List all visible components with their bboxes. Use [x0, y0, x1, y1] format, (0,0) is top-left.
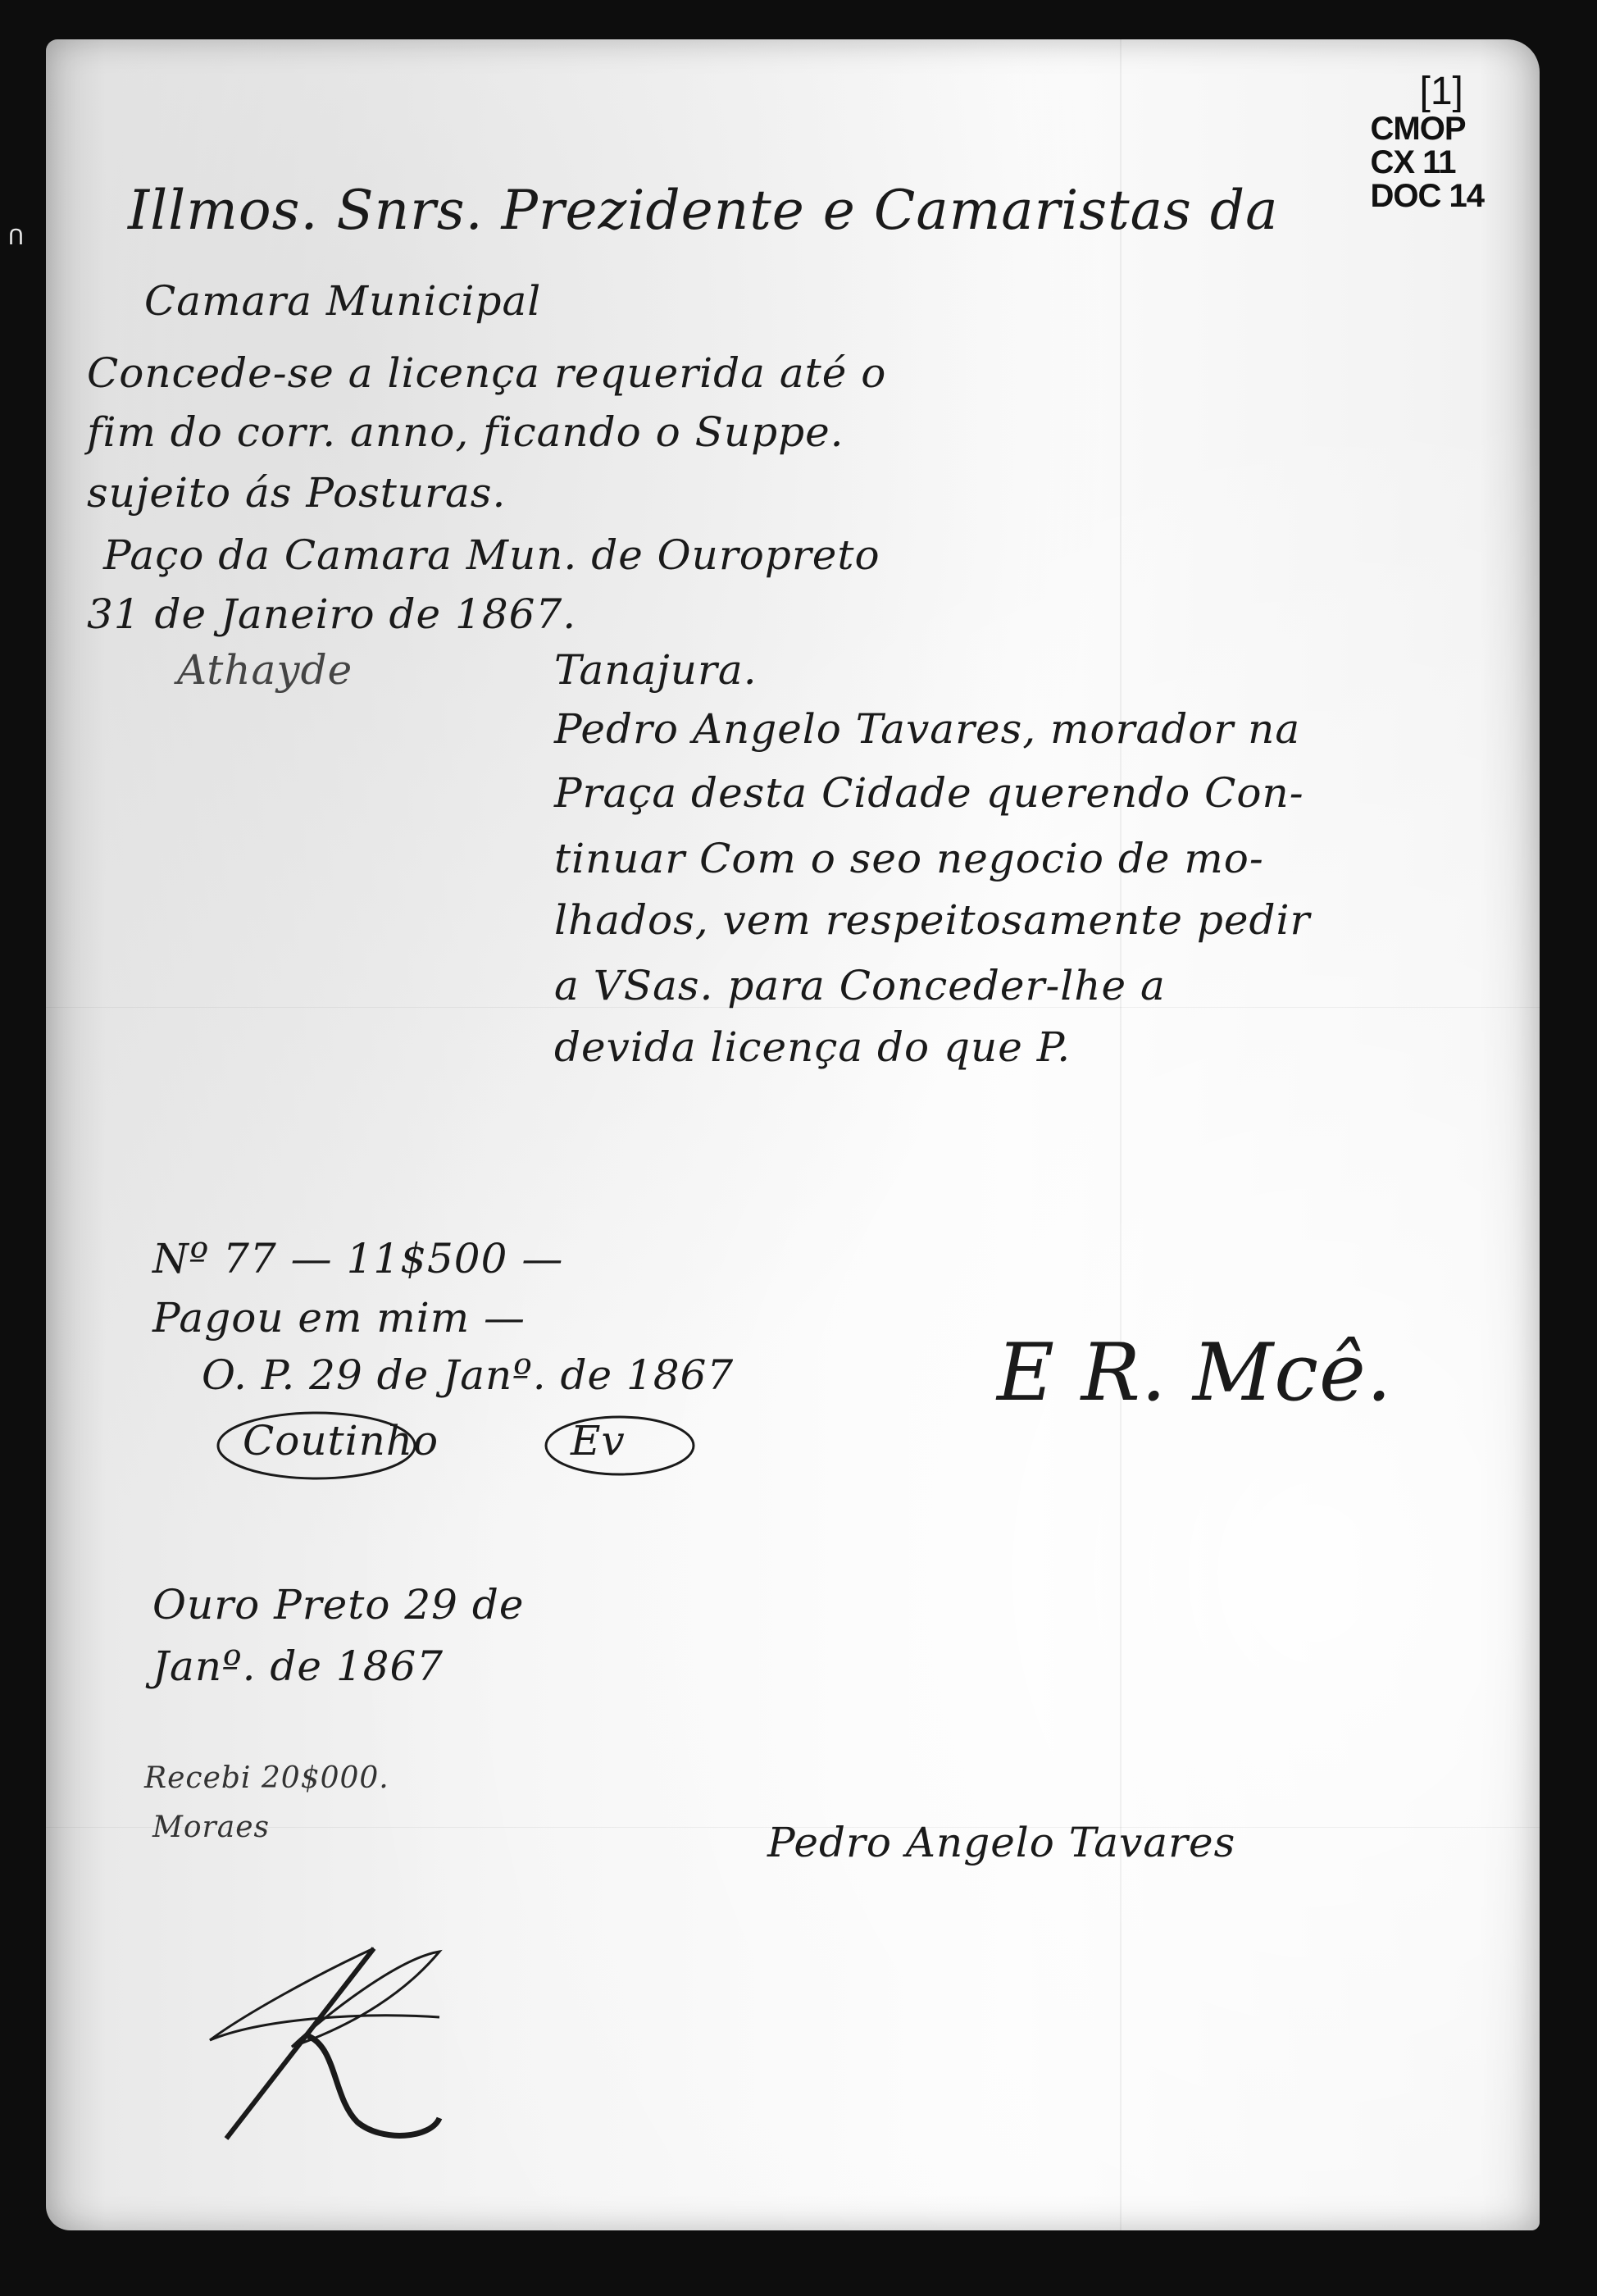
receipt-line-3: O. P. 29 de Janº. de 1867: [202, 1351, 734, 1399]
receipt-line-1: Nº 77 — 11$500 —: [152, 1235, 563, 1282]
archive-collection: CMOP: [1371, 112, 1485, 146]
petition-line-6: devida licença do que P.: [554, 1023, 1071, 1071]
salutation-line-2: Camara Municipal: [144, 277, 541, 325]
fee-note-line-2: Moraes: [152, 1811, 270, 1844]
receipt-line-2: Pagou em mim —: [152, 1294, 526, 1342]
scanned-document: U [1] CMOP CX 11 DOC 14 Illmos. Snrs. Pr…: [0, 0, 1597, 2296]
closing-formula: E R. Mcê.: [997, 1327, 1392, 1419]
dispatch-line-1: Concede-se a licença requerida até o: [87, 349, 886, 397]
petition-line-5: a VSas. para Conceder-lhe a: [554, 962, 1166, 1009]
dispatch-line-3: sujeito ás Posturas.: [87, 469, 506, 517]
rubric-signature-icon: [193, 1942, 456, 2155]
archive-label: [1] CMOP CX 11 DOC 14: [1371, 72, 1485, 212]
petitioner-signature: Pedro Angelo Tavares: [767, 1819, 1235, 1866]
petition-line-3: tinuar Com o seo negocio de mo-: [554, 835, 1264, 882]
dispatch-line-2: fim do corr. anno, ficando o Suppe.: [87, 408, 844, 456]
fee-note-line-1: Recebi 20$000.: [144, 1761, 389, 1795]
archive-doc: DOC 14: [1371, 180, 1485, 213]
petition-line-2: Praça desta Cidade querendo Con-: [554, 769, 1304, 817]
dispatch-signature-tanajura: Tanajura.: [554, 646, 758, 694]
dispatch-signature-athayde: Athayde: [177, 646, 353, 694]
receipt-signature-loop-icon: [538, 1401, 718, 1491]
margin-mark: U: [8, 223, 24, 248]
place-date-line-2: Janº. de 1867: [152, 1642, 444, 1690]
paper-sheet: [1] CMOP CX 11 DOC 14 Illmos. Snrs. Prez…: [46, 39, 1540, 2230]
dispatch-line-5: 31 de Janeiro de 1867.: [87, 590, 576, 638]
archive-box: CX 11: [1371, 146, 1485, 180]
paper-fold-line: [1120, 39, 1122, 2230]
place-date-line-1: Ouro Preto 29 de: [152, 1581, 524, 1629]
archive-page-number: [1]: [1371, 72, 1485, 112]
salutation-line-1: Illmos. Snrs. Prezidente e Camaristas da: [128, 179, 1278, 242]
dispatch-line-4: Paço da Camara Mun. de Ouropreto: [103, 531, 880, 579]
petition-line-1: Pedro Angelo Tavares, morador na: [554, 705, 1300, 753]
receipt-signature-loop-icon: [210, 1401, 423, 1491]
petition-line-4: lhados, vem respeitosamente pedir: [554, 896, 1310, 944]
